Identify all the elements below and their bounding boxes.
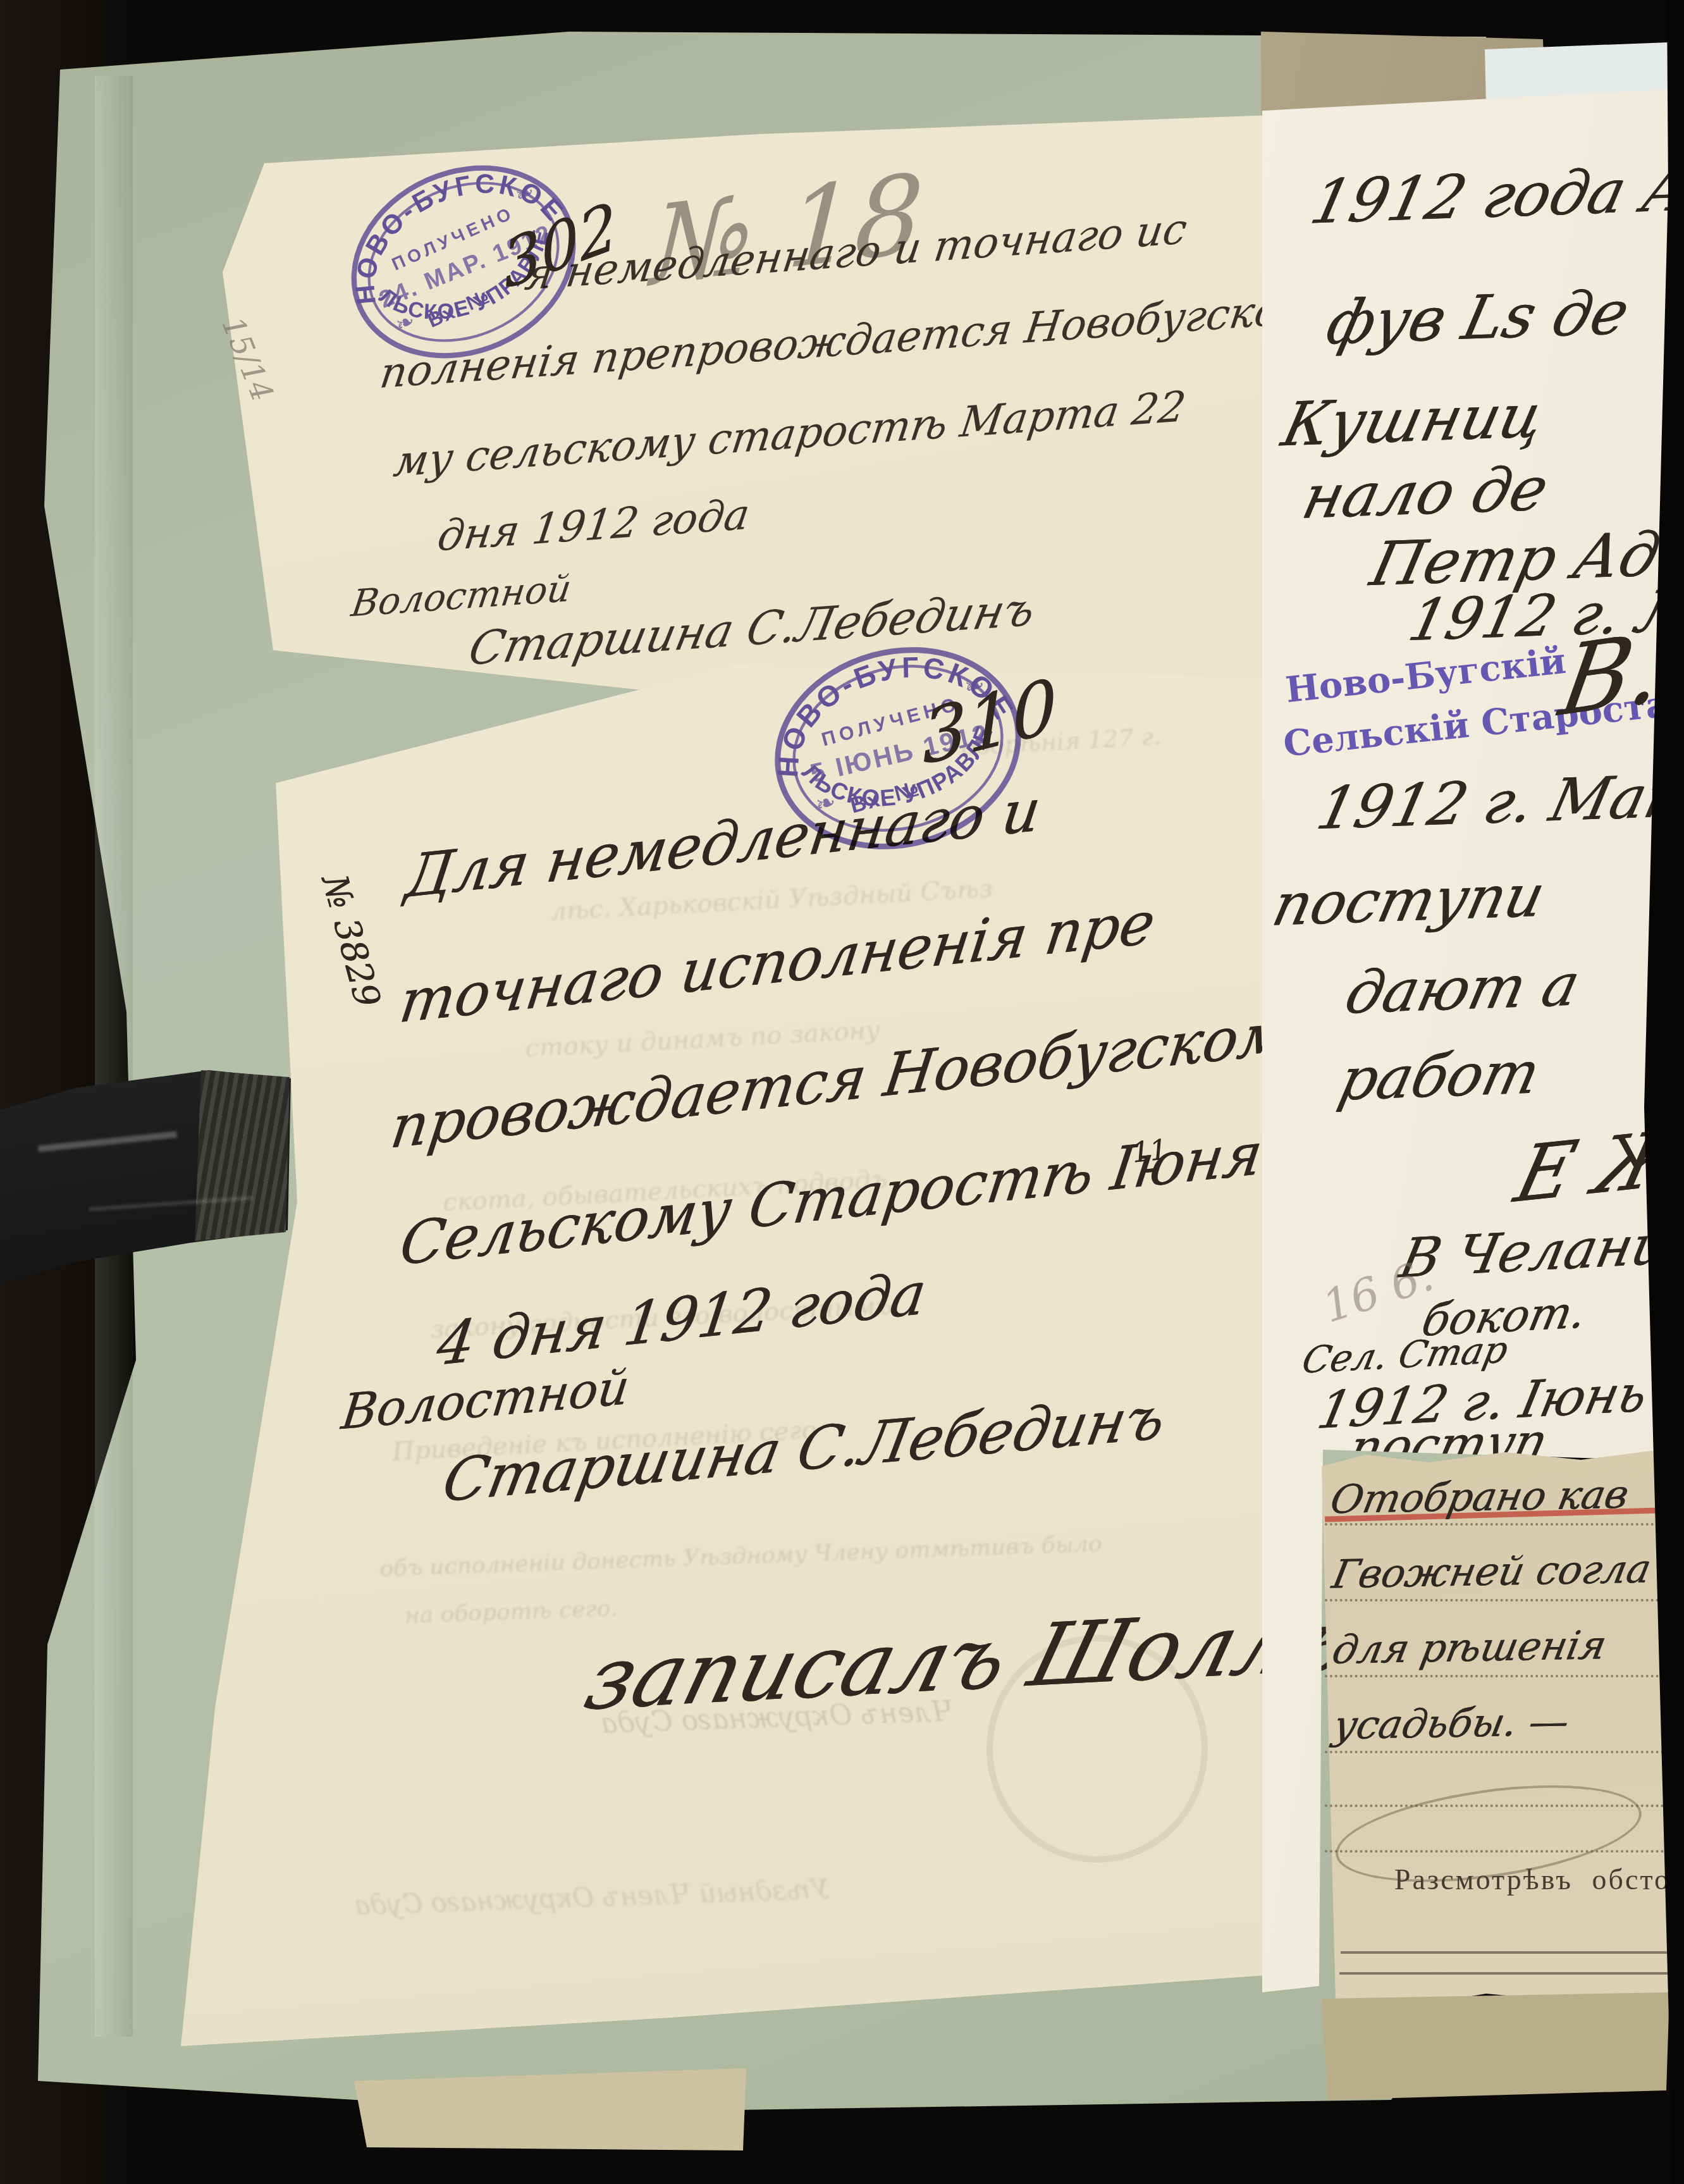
form-printed-text: Разсмотрѣвъ обстоятельст — [1394, 1863, 1684, 1896]
form-handwritten-line: Отобрано кав — [1327, 1471, 1633, 1522]
form-bottom-rule — [1339, 1972, 1671, 1975]
form-ruled-line — [1325, 1675, 1684, 1677]
form-ruled-line — [1325, 1751, 1684, 1753]
form-handwritten-line: усадьбы. — — [1330, 1698, 1573, 1749]
form-ruled-line — [1325, 1523, 1684, 1526]
printed-form-content: Отобрано кав Гвожней согла для рѣшенія у… — [0, 0, 1684, 2184]
scanned-archive-photo: № 18 15/14 я немедленнаго и точнаго ис п… — [0, 0, 1684, 2184]
form-handwritten-line: для рѣшенія — [1329, 1622, 1610, 1673]
form-handwritten-line: Гвожней согла — [1329, 1545, 1655, 1597]
form-bottom-rule — [1341, 1951, 1669, 1954]
form-ruled-line — [1325, 1599, 1684, 1601]
